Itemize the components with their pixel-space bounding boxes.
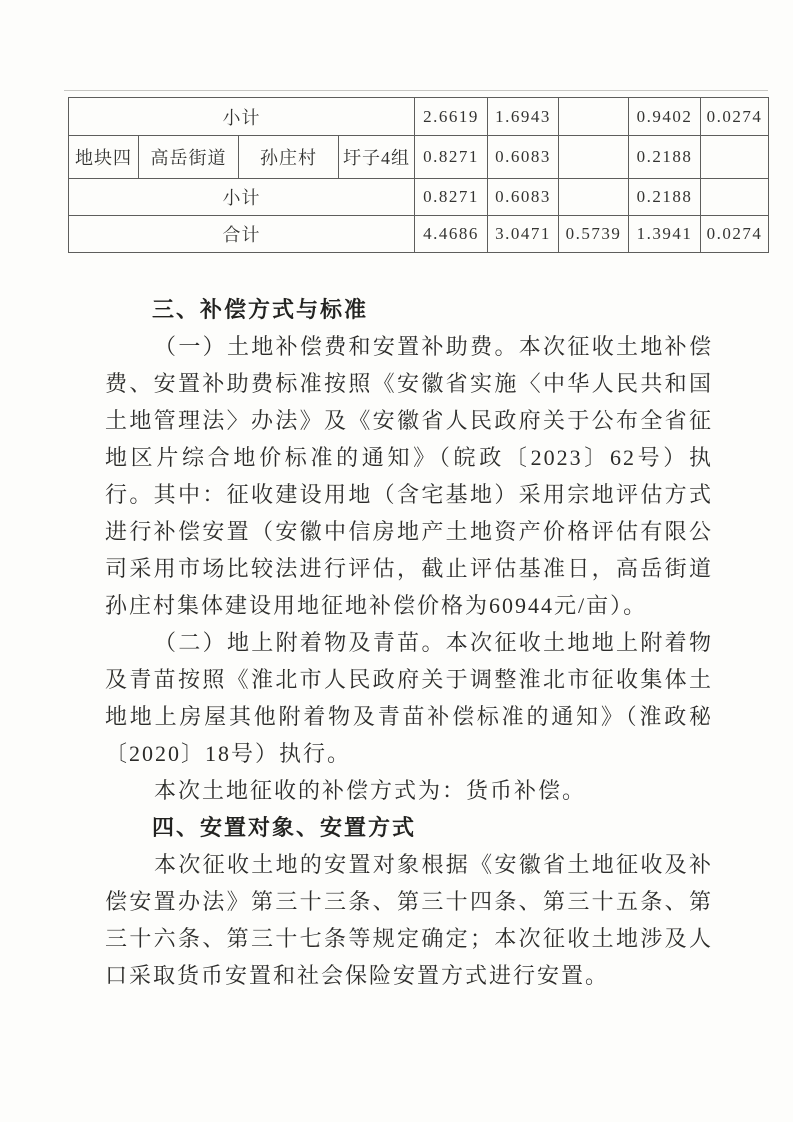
plot-4-value-3 — [559, 136, 629, 179]
section-4-heading: 四、安置对象、安置方式 — [105, 809, 713, 846]
total-value-2: 3.0471 — [488, 216, 559, 253]
subtotal-label: 小计 — [69, 98, 415, 136]
section-3-paragraph-1: （一）土地补偿费和安置补助费。本次征收土地补偿费、安置补助费标准按照《安徽省实施… — [105, 328, 713, 624]
subtotal-2-value-2: 0.6083 — [488, 179, 559, 216]
document-body: 三、补偿方式与标准 （一）土地补偿费和安置补助费。本次征收土地补偿费、安置补助费… — [105, 291, 713, 994]
table-page-break-line — [64, 90, 768, 91]
section-4-paragraph-1: 本次征收土地的安置对象根据《安徽省土地征收及补偿安置办法》第三十三条、第三十四条… — [105, 846, 713, 994]
table-row-plot-4: 地块四 高岳街道 孙庄村 圩子4组 0.8271 0.6083 0.2188 — [69, 136, 769, 179]
table-row-subtotal-2: 小计 0.8271 0.6083 0.2188 — [69, 179, 769, 216]
section-3-paragraph-2: （二）地上附着物及青苗。本次征收土地地上附着物及青苗按照《淮北市人民政府关于调整… — [105, 624, 713, 772]
subtotal-1-value-3 — [559, 98, 629, 136]
subtotal-1-value-1: 2.6619 — [415, 98, 488, 136]
total-value-5: 0.0274 — [701, 216, 769, 253]
land-area-table: 小计 2.6619 1.6943 0.9402 0.0274 地块四 高岳街道 … — [68, 97, 769, 253]
subtotal-2-value-5 — [701, 179, 769, 216]
total-value-4: 1.3941 — [629, 216, 701, 253]
group-cell: 圩子4组 — [339, 136, 415, 179]
subtotal-2-value-4: 0.2188 — [629, 179, 701, 216]
plot-4-value-2: 0.6083 — [488, 136, 559, 179]
subtotal-2-value-3 — [559, 179, 629, 216]
total-label: 合计 — [69, 216, 415, 253]
plot-4-value-1: 0.8271 — [415, 136, 488, 179]
section-3-heading: 三、补偿方式与标准 — [105, 291, 713, 328]
table-row-total: 合计 4.4686 3.0471 0.5739 1.3941 0.0274 — [69, 216, 769, 253]
subtotal-1-value-4: 0.9402 — [629, 98, 701, 136]
section-3-paragraph-3: 本次土地征收的补偿方式为：货币补偿。 — [105, 772, 713, 809]
total-value-1: 4.4686 — [415, 216, 488, 253]
subtotal-2-value-1: 0.8271 — [415, 179, 488, 216]
subtotal-1-value-2: 1.6943 — [488, 98, 559, 136]
plot-name-cell: 地块四 — [69, 136, 139, 179]
plot-4-value-4: 0.2188 — [629, 136, 701, 179]
subtotal-1-value-5: 0.0274 — [701, 98, 769, 136]
street-cell: 高岳街道 — [139, 136, 239, 179]
scanned-document-page: 小计 2.6619 1.6943 0.9402 0.0274 地块四 高岳街道 … — [0, 0, 793, 1122]
plot-4-value-5 — [701, 136, 769, 179]
village-cell: 孙庄村 — [239, 136, 339, 179]
subtotal-label: 小计 — [69, 179, 415, 216]
total-value-3: 0.5739 — [559, 216, 629, 253]
table-row-subtotal-1: 小计 2.6619 1.6943 0.9402 0.0274 — [69, 98, 769, 136]
